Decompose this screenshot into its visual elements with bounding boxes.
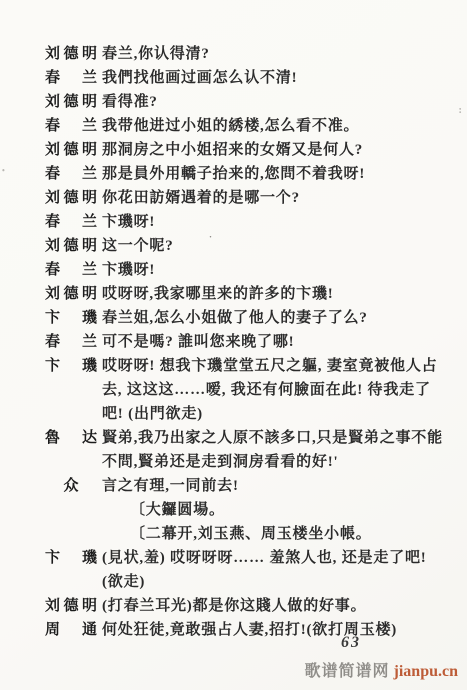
script-line: 卞璣(見状,羞) 哎呀呀呀…… 羞煞人也, 还是走了吧! bbox=[45, 546, 455, 570]
speaker-name: 卞璣 bbox=[45, 306, 97, 327]
script-line: 刘德明看得准? bbox=[45, 90, 455, 114]
script-line: 卞璣哎呀呀! 想我卞璣堂堂五尺之軀, 妻室竟被他人占 bbox=[45, 354, 455, 378]
speaker-name: 刘德明 bbox=[45, 282, 97, 303]
script-line: 刘德明这一个呢? bbox=[45, 234, 455, 258]
script-line: 春兰我带他进过小姐的綉楼,怎么看不准。 bbox=[45, 114, 455, 138]
speaker-name: 刘德明 bbox=[45, 594, 97, 615]
speaker-name: 刘德明 bbox=[45, 234, 97, 255]
script-line: 周通何处狂徒,竟敢强占人妻,招打!(欲打周玉楼) bbox=[45, 618, 455, 642]
dialogue-text: (打春兰耳光)都是你这賤人做的好事。 bbox=[102, 594, 366, 615]
dialogue-text: 可不是嗎? 誰叫您来晚了哪! bbox=[102, 330, 294, 351]
dialogue-text: 不問,賢弟还是走到洞房看看的好!' bbox=[102, 450, 339, 471]
speaker-name: 众 bbox=[45, 474, 97, 495]
dialogue-text: 吧! (出門欲走) bbox=[102, 402, 203, 423]
script-line: 〔大鑼圆場。 bbox=[45, 498, 455, 522]
speaker-name: 春兰 bbox=[45, 114, 97, 135]
speaker-name: 周通 bbox=[45, 618, 97, 639]
speaker-name: 卞璣 bbox=[45, 546, 97, 567]
script-line: 春兰我們找他画过画怎么认不清! bbox=[45, 66, 455, 90]
dialogue-text: 那是員外用轎子抬来的,您問不着我呀! bbox=[102, 162, 365, 183]
dialogue-text: 卞璣呀! bbox=[102, 210, 155, 231]
dialogue-text: 这一个呢? bbox=[102, 234, 174, 255]
dialogue-text: 哎呀呀,我家哪里来的許多的卞璣! bbox=[102, 282, 334, 303]
script-line: 不問,賢弟还是走到洞房看看的好!' bbox=[45, 450, 455, 474]
script-line: (欲走) bbox=[45, 570, 455, 594]
script-line: 春兰那是員外用轎子抬来的,您問不着我呀! bbox=[45, 162, 455, 186]
dialogue-text: 我带他进过小姐的綉楼,怎么看不准。 bbox=[102, 114, 359, 135]
dialogue-text: (欲走) bbox=[102, 570, 145, 591]
dialogue-text: 言之有理,一同前去! bbox=[102, 474, 239, 495]
dialogue-text: 你花田訪婿遇着的是哪一个? bbox=[102, 186, 300, 207]
script-line: 卞璣春兰姐,怎么小姐做了他人的妻子了么? bbox=[45, 306, 455, 330]
dialogue-text: 春兰姐,怎么小姐做了他人的妻子了么? bbox=[102, 306, 368, 327]
speaker-name: 春兰 bbox=[45, 330, 97, 351]
speaker-name: 刘德明 bbox=[45, 186, 97, 207]
script-line: 春兰卞璣呀! bbox=[45, 210, 455, 234]
speaker-name: 春兰 bbox=[45, 258, 97, 279]
speaker-name: 刘德明 bbox=[45, 138, 97, 159]
script-line: 刘德明(打春兰耳光)都是你这賤人做的好事。 bbox=[45, 594, 455, 618]
dialogue-text: 哎呀呀! 想我卞璣堂堂五尺之軀, 妻室竟被他人占 bbox=[102, 354, 437, 375]
stage-direction: 〔二幕开,刘玉燕、周玉楼坐小帳。 bbox=[102, 522, 372, 543]
dialogue-text: 卞璣呀! bbox=[102, 258, 155, 279]
speaker-name: 春兰 bbox=[45, 210, 97, 231]
script-line: 春兰可不是嗎? 誰叫您来晚了哪! bbox=[45, 330, 455, 354]
watermark-site: 歌谱简谱网 bbox=[305, 663, 390, 680]
scan-artifact: : bbox=[458, 104, 462, 116]
speaker-name: 刘德明 bbox=[45, 42, 97, 63]
speaker-name: 春兰 bbox=[45, 162, 97, 183]
dialogue-text: 看得准? bbox=[102, 90, 158, 111]
dialogue-text: 我們找他画过画怎么认不清! bbox=[102, 66, 297, 87]
dialogue-text: 賢弟,我乃出家之人原不該多口,只是賢弟之事不能 bbox=[102, 426, 443, 447]
script-line: 刘德明哎呀呀,我家哪里来的許多的卞璣! bbox=[45, 282, 455, 306]
dialogue-text: 春兰,你认得清? bbox=[102, 42, 210, 63]
script-line: 刘德明你花田訪婿遇着的是哪一个? bbox=[45, 186, 455, 210]
scan-artifact: • bbox=[2, 166, 5, 175]
stage-direction: 〔大鑼圆場。 bbox=[102, 498, 225, 519]
watermark: 歌谱简谱网 jianpu.cn bbox=[305, 658, 458, 681]
scanned-script-page: 刘德明春兰,你认得清?春兰我們找他画过画怎么认不清!刘德明看得准?春兰我带他进过… bbox=[0, 0, 467, 690]
dialogue-text: 那洞房之中小姐招来的女婿又是何人? bbox=[102, 138, 363, 159]
script-line: 春兰卞璣呀! bbox=[45, 258, 455, 282]
scan-artifact: · bbox=[209, 232, 212, 242]
script-line: 吧! (出門欲走) bbox=[45, 402, 455, 426]
script-line: 刘德明那洞房之中小姐招来的女婿又是何人? bbox=[45, 138, 455, 162]
page-number: 63 bbox=[341, 634, 361, 652]
script-line: 〔二幕开,刘玉燕、周玉楼坐小帳。 bbox=[45, 522, 455, 546]
watermark-domain: jianpu.cn bbox=[394, 663, 458, 680]
speaker-name: 刘德明 bbox=[45, 90, 97, 111]
script-line: 刘德明春兰,你认得清? bbox=[45, 42, 455, 66]
speaker-name: 魯达 bbox=[45, 426, 97, 447]
speaker-name: 卞璣 bbox=[45, 354, 97, 375]
dialogue-text: 去, 这这这……嗳, 我还有何臉面在此! 待我走了 bbox=[102, 378, 431, 399]
script-line: 去, 这这这……嗳, 我还有何臉面在此! 待我走了 bbox=[45, 378, 455, 402]
script-line: 魯达賢弟,我乃出家之人原不該多口,只是賢弟之事不能 bbox=[45, 426, 455, 450]
script-area: 刘德明春兰,你认得清?春兰我們找他画过画怎么认不清!刘德明看得准?春兰我带他进过… bbox=[45, 42, 455, 642]
speaker-name: 春兰 bbox=[45, 66, 97, 87]
script-line: 众言之有理,一同前去! bbox=[45, 474, 455, 498]
dialogue-text: (見状,羞) 哎呀呀呀…… 羞煞人也, 还是走了吧! bbox=[102, 546, 427, 567]
